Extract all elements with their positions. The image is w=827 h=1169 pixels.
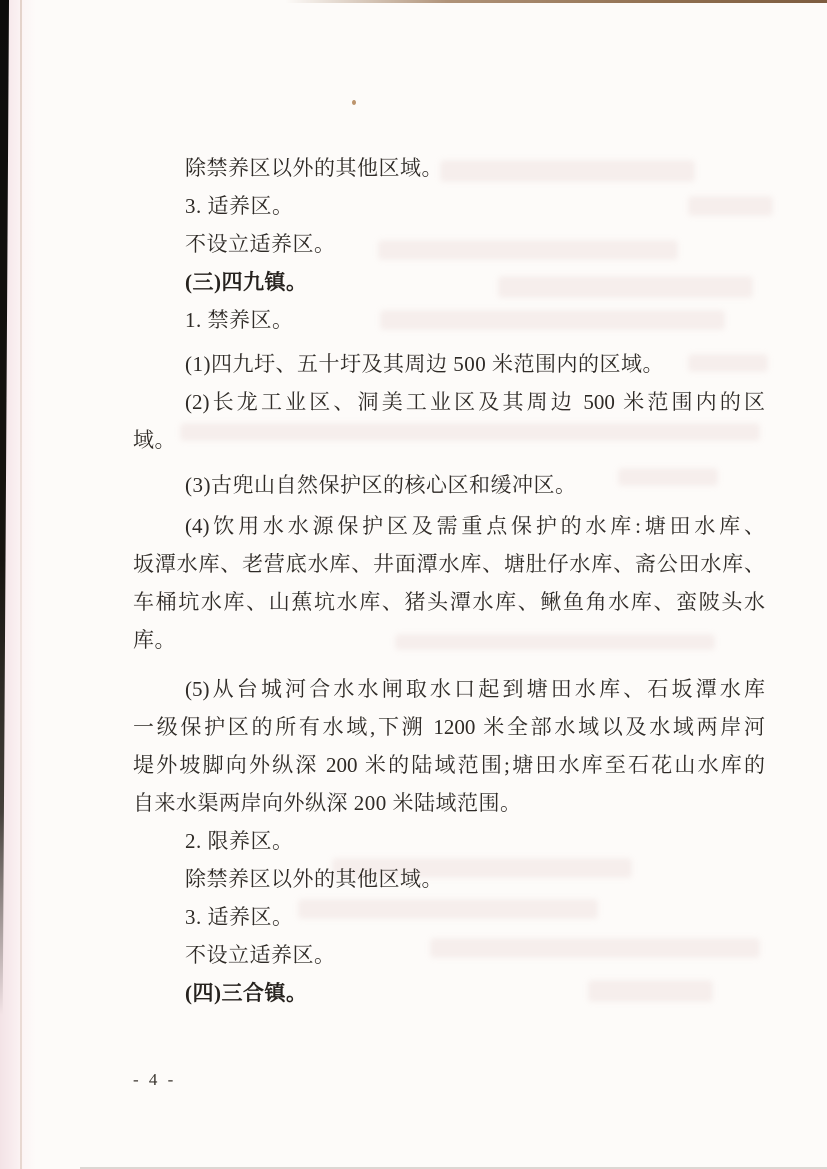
body-line: (4)饮用水水源保护区及需重点保护的水库:塘田水库、 [133, 507, 765, 545]
scan-shadow-top [285, 0, 827, 3]
body-line: 坂潭水库、老营底水库、井面潭水库、塘肚仔水库、斋公田水库、 [133, 545, 765, 583]
body-line: 库。 [133, 621, 765, 659]
body-line: 域。 [133, 421, 765, 459]
heading-xianyang-qu: 2. 限养区。 [133, 822, 765, 860]
body-line: 除禁养区以外的其他区域。 [133, 860, 765, 898]
heading-shiyang-qu: 3. 适养区。 [133, 898, 765, 936]
body-line: (1)四九圩、五十圩及其周边 500 米范围内的区域。 [133, 345, 765, 383]
document-body: 除禁养区以外的其他区域。 3. 适养区。 不设立适养区。 (三)四九镇。 1. … [133, 149, 765, 1012]
body-line: 一级保护区的所有水域,下溯 1200 米全部水域以及水域两岸河 [133, 708, 765, 746]
body-line: (5)从台城河合水水闸取水口起到塘田水库、石坂潭水库 [133, 670, 765, 708]
body-line: (2)长龙工业区、洞美工业区及其周边 500 米范围内的区 [133, 383, 765, 421]
body-line: 自来水渠两岸向外纵深 200 米陆域范围。 [133, 784, 765, 822]
scanned-document-page: 除禁养区以外的其他区域。 3. 适养区。 不设立适养区。 (三)四九镇。 1. … [0, 0, 827, 1169]
heading-sanhe-town: (四)三合镇。 [133, 974, 765, 1012]
heading-sijiu-town: (三)四九镇。 [133, 263, 765, 301]
body-line: 车桶坑水库、山蕉坑水库、猪头潭水库、鳅鱼角水库、蛮陂头水 [133, 583, 765, 621]
body-line: 除禁养区以外的其他区域。 [133, 149, 765, 187]
page-edge-line [20, 0, 22, 1169]
body-line: 不设立适养区。 [133, 936, 765, 974]
page-number: - 4 - [133, 1068, 176, 1092]
heading-shiyang-qu: 3. 适养区。 [133, 187, 765, 225]
body-line: 不设立适养区。 [133, 225, 765, 263]
scan-speck [352, 100, 356, 105]
heading-jinyang-qu: 1. 禁养区。 [133, 301, 765, 339]
body-line: 堤外坡脚向外纵深 200 米的陆域范围;塘田水库至石花山水库的 [133, 746, 765, 784]
body-line: (3)古兜山自然保护区的核心区和缓冲区。 [133, 466, 765, 504]
